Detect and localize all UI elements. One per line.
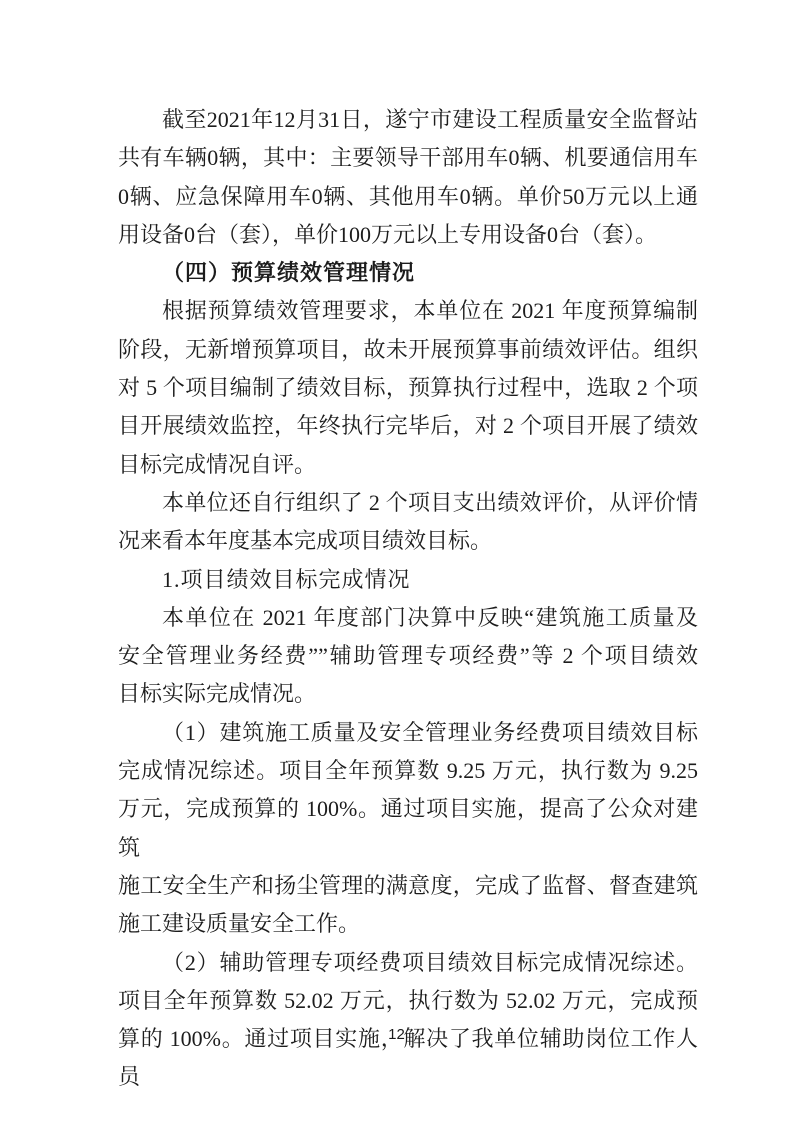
text-line: 本单位在 2021 年度部门决算中反映“建筑施工质量及	[118, 599, 698, 637]
paragraph: 根据预算绩效管理要求，本单位在 2021 年度预算编制阶段，无新增预算项目，故未…	[118, 292, 698, 483]
text-line: 施工安全生产和扬尘管理的满意度，完成了监督、督查建筑	[118, 867, 698, 905]
paragraph: 本单位还自行组织了 2 个项目支出绩效评价，从评价情况来看本年度基本完成项目绩效…	[118, 484, 698, 561]
text-line: 项目全年预算数 52.02 万元，执行数为 52.02 万元，完成预	[118, 982, 698, 1020]
document-body: 截至2021年12月31日，遂宁市建设工程质量安全监督站共有车辆0辆，其中：主要…	[118, 101, 698, 1097]
text-line: （四）预算绩效管理情况	[118, 254, 698, 292]
text-line: 况来看本年度基本完成项目绩效目标。	[118, 522, 698, 560]
text-line: 目开展绩效监控，年终执行完毕后，对 2 个项目开展了绩效	[118, 407, 698, 445]
paragraph: 截至2021年12月31日，遂宁市建设工程质量安全监督站共有车辆0辆，其中：主要…	[118, 101, 698, 254]
paragraph: 本单位在 2021 年度部门决算中反映“建筑施工质量及安全管理业务经费””辅助管…	[118, 599, 698, 714]
text-line: 本单位还自行组织了 2 个项目支出绩效评价，从评价情	[118, 484, 698, 522]
text-line: 共有车辆0辆，其中：主要领导干部用车0辆、机要通信用车	[118, 139, 698, 177]
text-line: 用设备0台（套），单价100万元以上专用设备0台（套）。	[118, 216, 698, 254]
text-line: 阶段，无新增预算项目，故未开展预算事前绩效评估。组织	[118, 331, 698, 369]
text-line: 1.项目绩效目标完成情况	[118, 561, 698, 599]
text-line: 截至2021年12月31日，遂宁市建设工程质量安全监督站	[118, 101, 698, 139]
text-line: 万元，完成预算的 100%。通过项目实施，提高了公众对建筑	[118, 790, 698, 867]
text-line: 0辆、应急保障用车0辆、其他用车0辆。单价50万元以上通	[118, 178, 698, 216]
page-number: 12	[0, 1026, 793, 1043]
text-line: 安全管理业务经费””辅助管理专项经费”等 2 个项目绩效	[118, 637, 698, 675]
paragraph: （2）辅助管理专项经费项目绩效目标完成情况综述。项目全年预算数 52.02 万元…	[118, 944, 698, 1097]
document-page: 截至2021年12月31日，遂宁市建设工程质量安全监督站共有车辆0辆，其中：主要…	[0, 0, 793, 1122]
text-line: 目标实际完成情况。	[118, 675, 698, 713]
text-line: （2）辅助管理专项经费项目绩效目标完成情况综述。	[118, 944, 698, 982]
paragraph: （1）建筑施工质量及安全管理业务经费项目绩效目标完成情况综述。项目全年预算数 9…	[118, 714, 698, 944]
text-line: 目标完成情况自评。	[118, 446, 698, 484]
text-line: 根据预算绩效管理要求，本单位在 2021 年度预算编制	[118, 292, 698, 330]
text-line: 施工建设质量安全工作。	[118, 905, 698, 943]
text-line: 对 5 个项目编制了绩效目标，预算执行过程中，选取 2 个项	[118, 369, 698, 407]
text-line: 完成情况综述。项目全年预算数 9.25 万元，执行数为 9.25	[118, 752, 698, 790]
section-heading: （四）预算绩效管理情况	[118, 254, 698, 292]
text-line: （1）建筑施工质量及安全管理业务经费项目绩效目标	[118, 714, 698, 752]
subsection-heading: 1.项目绩效目标完成情况	[118, 561, 698, 599]
